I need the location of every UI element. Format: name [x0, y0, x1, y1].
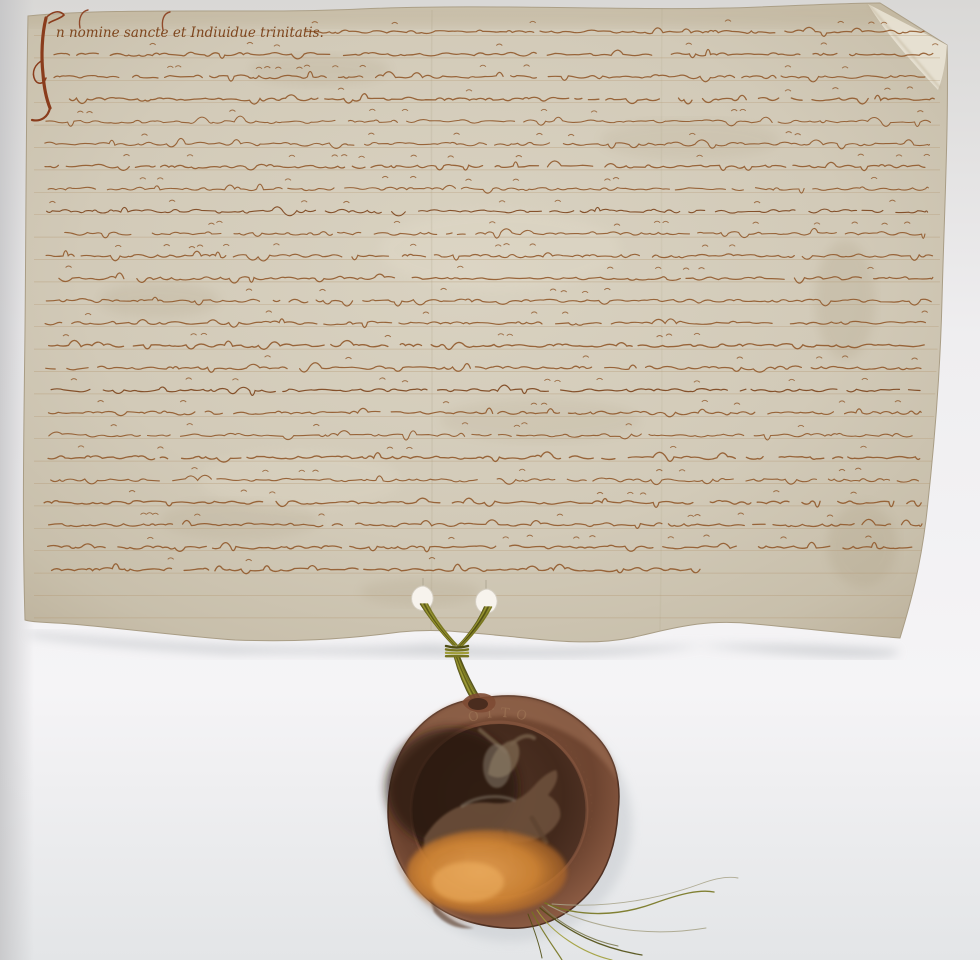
incipit-text: n nomine sancte et Indiuidue trinitatis.: [56, 25, 324, 41]
charter-photograph: n nomine sancte et Indiuidue trinitatis.: [0, 0, 980, 960]
seal-cord-hole: [468, 698, 488, 710]
wax-seal: OTTO: [386, 693, 619, 928]
